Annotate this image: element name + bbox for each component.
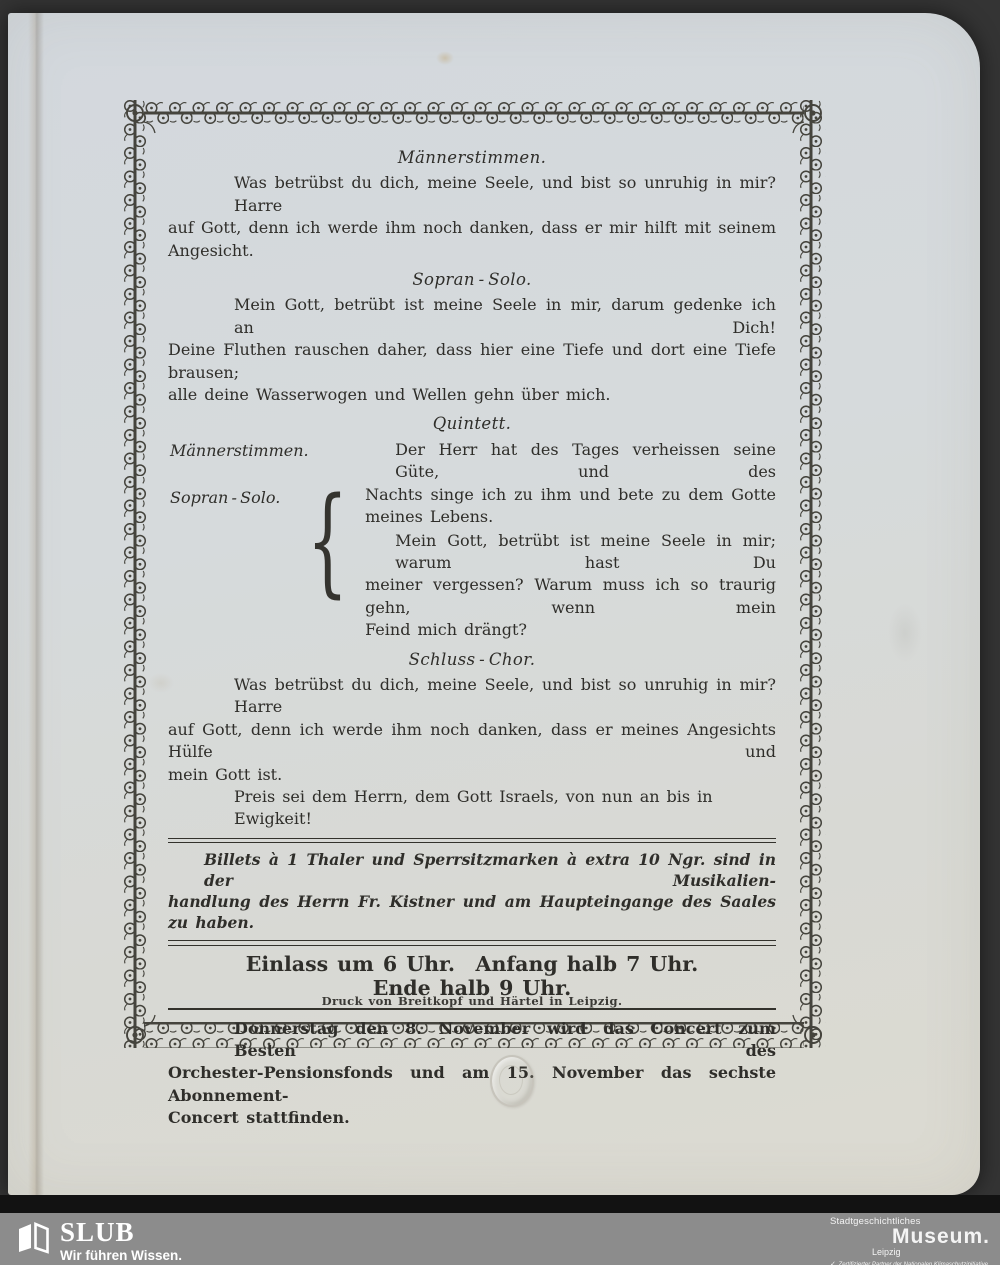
scanned-page: Männerstimmen. Was betrübst du dich, mei…	[8, 13, 980, 1195]
paragraph-sopran-solo: Mein Gott, betrübt ist meine Seele in mi…	[168, 294, 776, 406]
slub-book-icon	[16, 1221, 50, 1255]
text-line: Nachts singe ich zu ihm und bete zu dem …	[365, 484, 776, 529]
voice-label-maennerstimmen: Männerstimmen.	[170, 440, 309, 462]
paper-stain	[888, 603, 922, 663]
section-heading-maennerstimmen: Männerstimmen.	[168, 147, 776, 169]
paper-stain	[436, 51, 454, 65]
announcement-paragraph: Donnerstag den 8. November wird das Conc…	[168, 1018, 776, 1130]
text-line: Deine Fluthen rauschen daher, dass hier …	[168, 339, 776, 384]
text-line: Was betrübst du dich, meine Seele, und b…	[168, 674, 776, 719]
checkmark-icon: ✓	[830, 1261, 836, 1265]
section-heading-quintett: Quintett.	[168, 413, 776, 435]
museum-line-leipzig: Leipzig	[830, 1247, 990, 1257]
text-line: Orchester-Pensionsfonds und am 15. Novem…	[168, 1062, 776, 1107]
section-heading-sopran-solo: Sopran - Solo.	[168, 269, 776, 291]
voice-labels: Männerstimmen. Sopran - Solo.	[168, 439, 290, 642]
text-line: mein Gott ist.	[168, 764, 776, 786]
double-rule	[168, 940, 776, 945]
quintett-paragraph-1: Der Herr hat des Tages verheissen seine …	[365, 439, 776, 529]
text-line: handlung des Herrn Fr. Kistner und am Ha…	[168, 891, 776, 933]
text-line: Feind mich drängt?	[365, 619, 776, 641]
text-line: meiner vergessen? Warum muss ich so trau…	[365, 574, 776, 619]
slub-wordmark: SLUB Wir führen Wissen.	[60, 1219, 182, 1263]
concert-times: Einlass um 6 Uhr. Anfang halb 7 Uhr. End…	[168, 952, 776, 1000]
text-line: Mein Gott, betrübt ist meine Seele in mi…	[168, 294, 776, 339]
slub-slogan: Wir führen Wissen.	[60, 1248, 182, 1263]
page-fold-crease	[28, 13, 44, 1195]
closing-line: Preis sei dem Herrn, dem Gott Israels, v…	[168, 786, 776, 831]
quintett-text: Der Herr hat des Tages verheissen seine …	[365, 439, 776, 642]
library-scan-viewer: { "colors": { "paper": "#d6dadc", "ink":…	[0, 0, 1000, 1265]
slub-name: SLUB	[60, 1219, 182, 1245]
footer-bar: SLUB Wir führen Wissen. Stadtgeschichtli…	[0, 1213, 1000, 1265]
double-rule	[168, 838, 776, 843]
section-heading-schluss-chor: Schluss - Chor.	[168, 649, 776, 671]
text-line: Mein Gott, betrübt ist meine Seele in mi…	[365, 530, 776, 575]
times-line-1: Einlass um 6 Uhr. Anfang halb 7 Uhr.	[168, 952, 776, 976]
text-line: Concert stattfinden.	[168, 1107, 776, 1129]
scan-gutter	[0, 1195, 1000, 1213]
museum-logo[interactable]: Stadtgeschichtliches Museum. Leipzig ✓ Z…	[830, 1216, 990, 1265]
text-line: Donnerstag den 8. November wird das Conc…	[168, 1018, 776, 1063]
quintett-brace: {	[307, 439, 348, 642]
text-line: Der Herr hat des Tages verheissen seine …	[365, 439, 776, 484]
museum-line-museum: Museum.	[830, 1227, 990, 1247]
program-text: Männerstimmen. Was betrübst du dich, mei…	[168, 140, 776, 1130]
museum-certification: ✓ Zertifizierter Partner der Nationalen …	[830, 1260, 990, 1265]
text-line: Billets à 1 Thaler und Sperrsitzmarken à…	[168, 849, 776, 891]
slub-logo[interactable]: SLUB Wir führen Wissen.	[16, 1219, 182, 1263]
printer-imprint: Druck von Breitkopf und Härtel in Leipzi…	[168, 994, 776, 1008]
billets-notice: Billets à 1 Thaler und Sperrsitzmarken à…	[168, 849, 776, 933]
paragraph-maennerstimmen: Was betrübst du dich, meine Seele, und b…	[168, 172, 776, 262]
embossed-library-stamp	[490, 1055, 534, 1107]
text-line: auf Gott, denn ich werde ihm noch danken…	[168, 217, 776, 262]
text-line: alle deine Wasserwogen und Wellen gehn ü…	[168, 384, 776, 406]
quintett-paragraph-2: Mein Gott, betrübt ist meine Seele in mi…	[365, 530, 776, 642]
text-line: Was betrübst du dich, meine Seele, und b…	[168, 172, 776, 217]
voice-label-sopran-solo: Sopran - Solo.	[170, 487, 280, 509]
text-line: auf Gott, denn ich werde ihm noch danken…	[168, 719, 776, 764]
quintett-block: Männerstimmen. Sopran - Solo. { Der Herr…	[168, 439, 776, 642]
paragraph-schluss-chor: Was betrübst du dich, meine Seele, und b…	[168, 674, 776, 786]
